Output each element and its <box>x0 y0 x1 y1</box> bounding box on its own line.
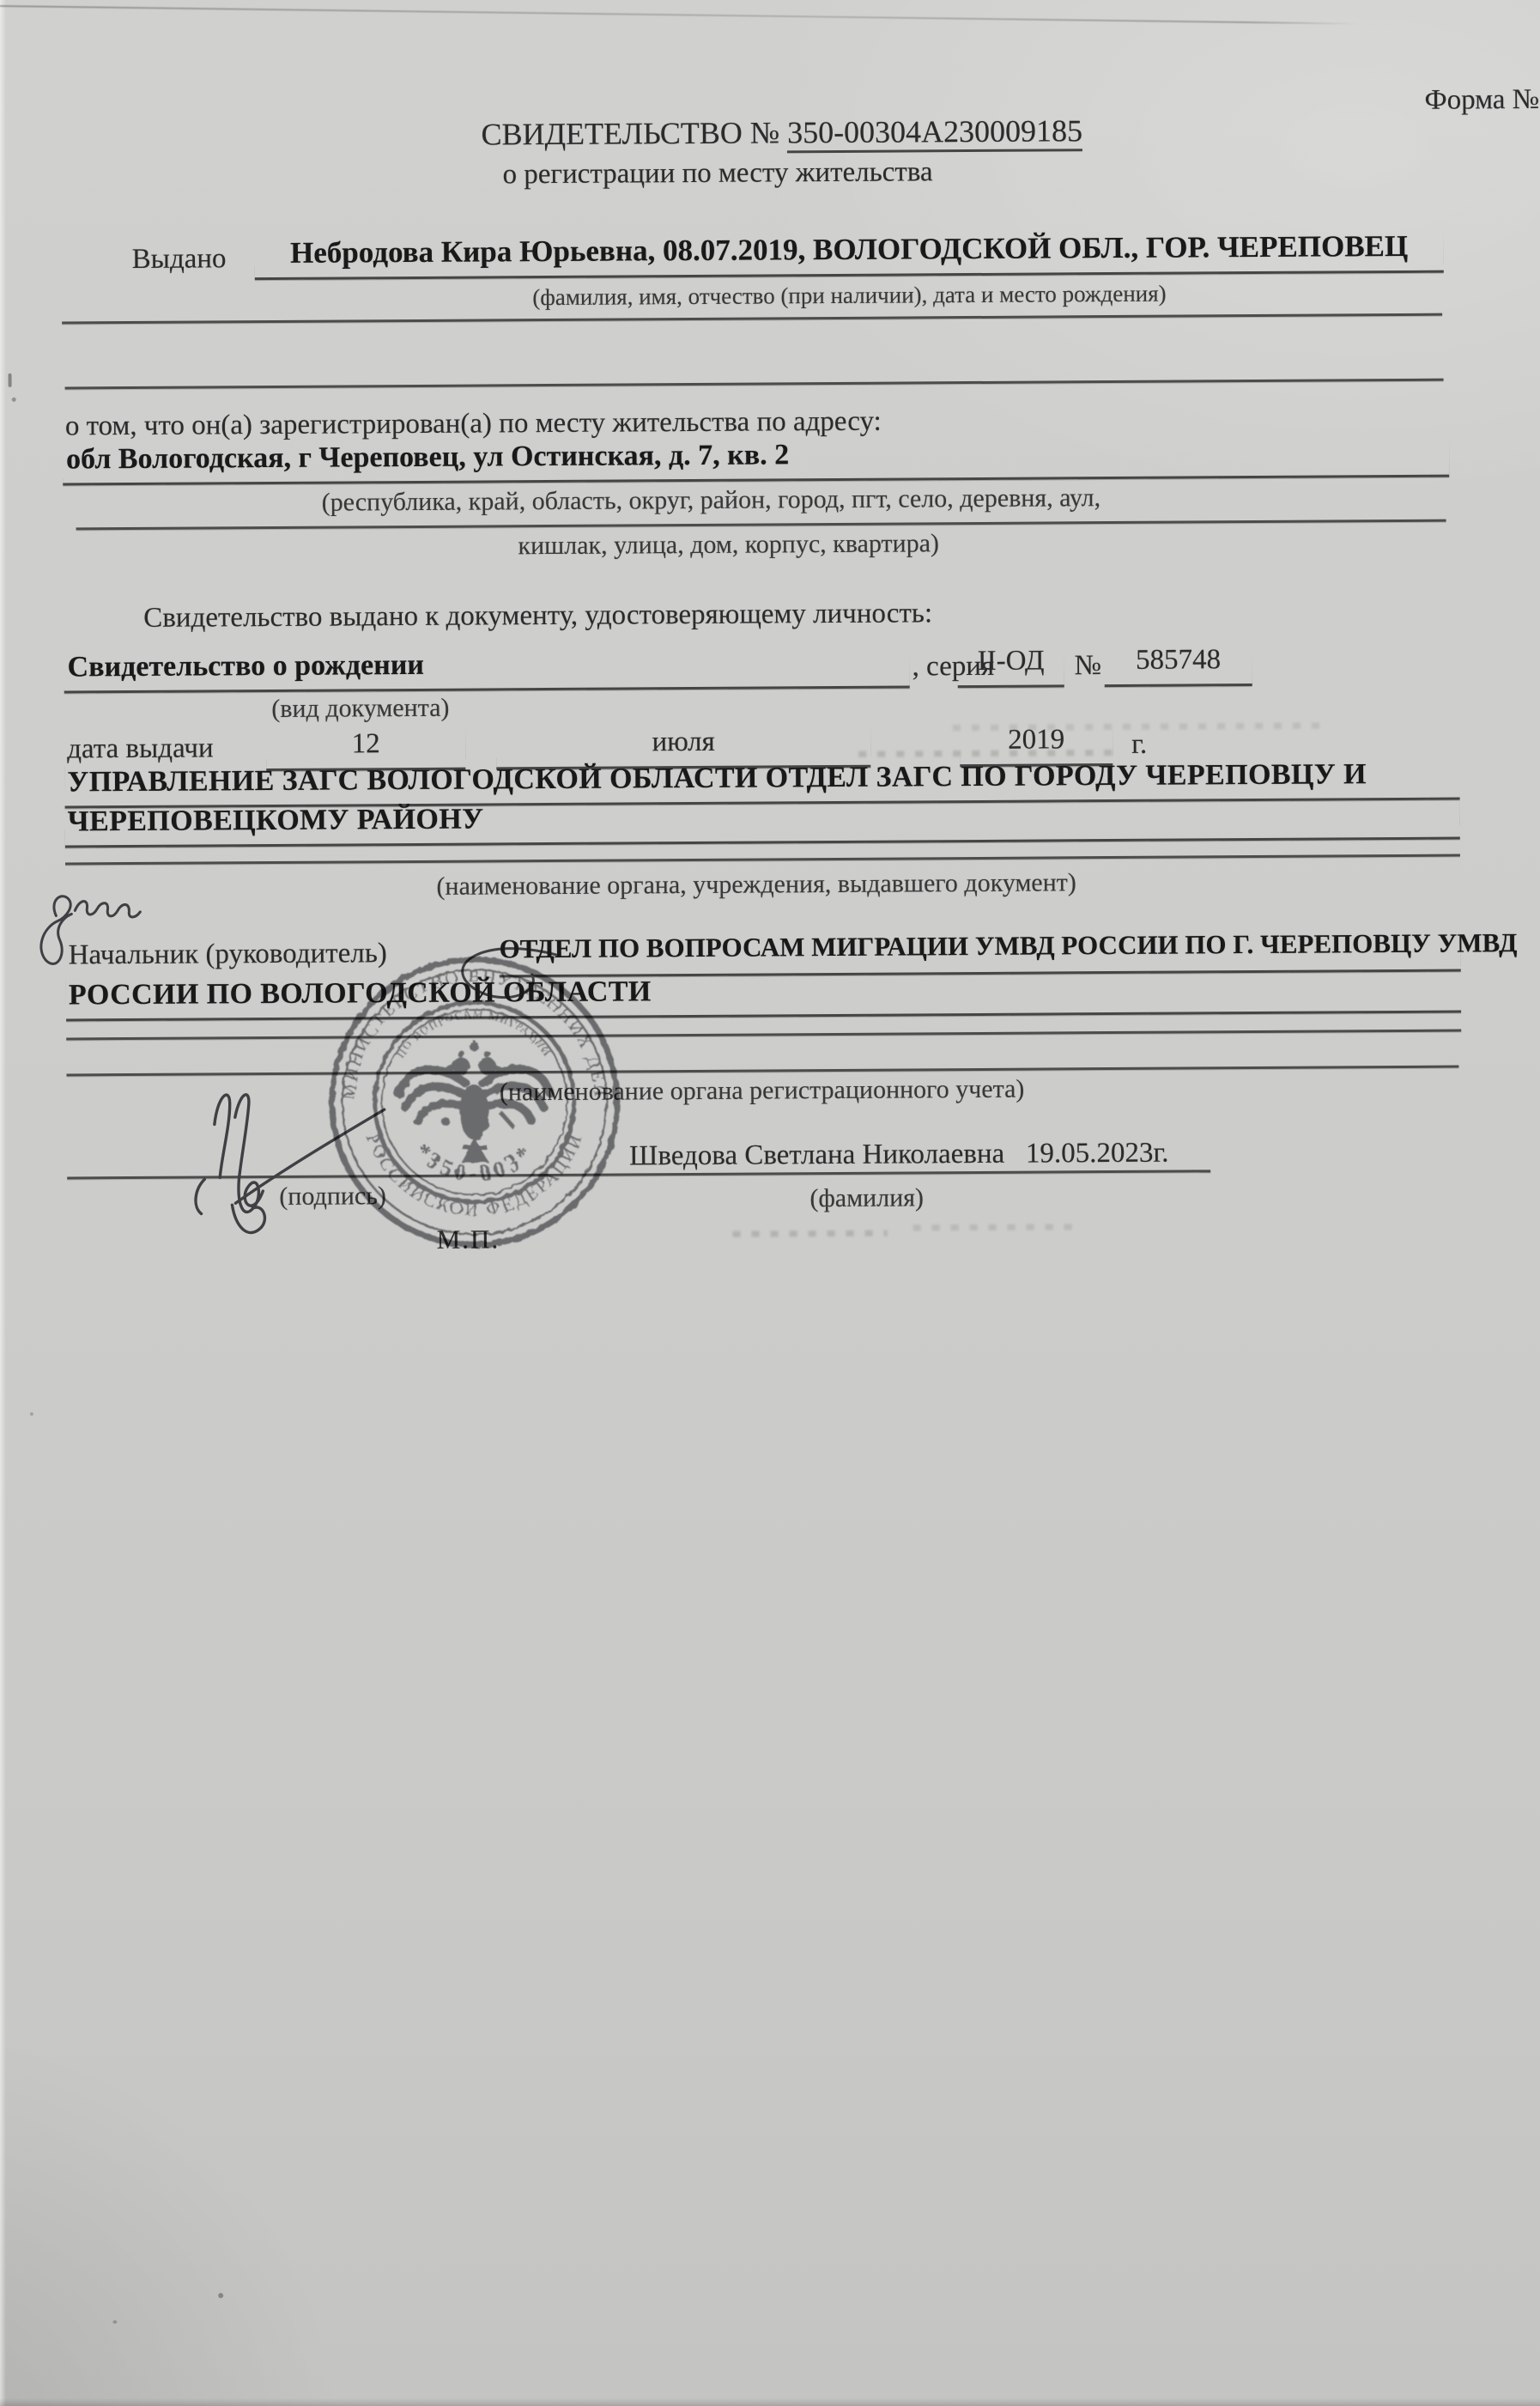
registration-intro: о том, что он(а) зарегистрирован(а) по м… <box>65 406 882 443</box>
scan-speck <box>30 1413 33 1416</box>
identity-doc-intro: Свидетельство выдано к документу, удосто… <box>143 598 932 635</box>
scan-speck <box>9 374 12 387</box>
pencil-smudge-artifact <box>913 1224 1076 1230</box>
issuing-org-line2: ЧЕРЕПОВЕЦКОМУ РАЙОНУ <box>65 803 484 837</box>
issue-day-value: 12 <box>352 728 380 759</box>
document-page: Форма № СВИДЕТЕЛЬСТВО № 350-00304А230009… <box>0 0 1540 2406</box>
issue-month-value: июля <box>652 726 714 757</box>
document-content: Форма № СВИДЕТЕЛЬСТВО № 350-00304А230009… <box>0 0 1540 2406</box>
doc-number-field: 585748 <box>1104 644 1252 687</box>
scan-speck <box>112 2320 117 2324</box>
official-round-stamp: МИНИСТЕРСТВО ВНУТРЕННИХ ДЕЛ РОССИЙСКОЙ Ф… <box>321 948 628 1255</box>
address-caption-1: (республика, край, область, округ, район… <box>63 482 1359 519</box>
issuing-org-caption: (наименование органа, учреждения, выдавш… <box>361 868 1151 902</box>
doc-type-caption: (вид документа) <box>189 693 532 724</box>
pencil-smudge-artifact <box>733 1230 888 1237</box>
authority-org-field-1: ОТДЕЛ ПО ВОПРОСАМ МИГРАЦИИ УМВД РОССИИ П… <box>500 928 1461 978</box>
official-name: Шведова Светлана Николаевна 19.05.2023г. <box>629 1138 1169 1173</box>
authority-org-line1: ОТДЕЛ ПО ВОПРОСАМ МИГРАЦИИ УМВД РОССИИ П… <box>500 927 1518 963</box>
address-value: обл Вологодская, г Череповец, ул Остинск… <box>63 439 789 475</box>
doc-type-field: Свидетельство о рождении <box>64 646 909 693</box>
scan-speck <box>218 2293 223 2298</box>
blank-rule-4 <box>65 854 1460 866</box>
issue-date-label: дата выдачи <box>67 732 214 765</box>
doc-number-label: № <box>1074 650 1101 682</box>
certificate-number: 350-00304А230009185 <box>787 113 1082 153</box>
issuing-org-line1: УПРАВЛЕНИЕ ЗАГС ВОЛОГОДСКОЙ ОБЛАСТИ ОТДЕ… <box>64 758 1367 798</box>
certificate-title: СВИДЕТЕЛЬСТВО № 350-00304А230009185 <box>0 110 1540 155</box>
series-field: II-ОД <box>957 645 1064 688</box>
issued-field: Небродова Кира Юрьевна, 08.07.2019, ВОЛО… <box>255 229 1444 280</box>
doc-type-value: Свидетельство о рождении <box>64 649 424 684</box>
stamp-inner-top-text: ПО ВОПРОСАМ МИГРАЦИИ <box>393 1007 555 1060</box>
doc-number-value: 585748 <box>1136 644 1221 676</box>
name-caption: (фамилия) <box>809 1183 924 1213</box>
series-value: II-ОД <box>978 645 1045 676</box>
authority-org-field-2: РОССИИ ПО ВОЛОГОДСКОЙ ОБЛАСТИ <box>66 971 1461 1022</box>
issuing-org-field-2: ЧЕРЕПОВЕЦКОМУ РАЙОНУ <box>65 798 1460 848</box>
issued-label: Выдано <box>132 243 227 276</box>
blank-rule-2 <box>65 379 1444 390</box>
year-suffix: г. <box>1131 729 1147 761</box>
certificate-subtitle: о регистрации по месту жительства <box>0 154 1439 194</box>
blank-rule-1 <box>62 313 1442 325</box>
blank-rule-5 <box>66 1030 1461 1041</box>
address-field: обл Вологодская, г Череповец, ул Остинск… <box>63 435 1449 486</box>
issued-caption: (фамилия, имя, отчество (при наличии), д… <box>255 279 1444 313</box>
ink-bleed-artifact <box>953 723 1322 732</box>
certificate-title-prefix: СВИДЕТЕЛЬСТВО № <box>481 115 787 151</box>
scan-speck <box>12 398 16 402</box>
issued-value: Небродова Кира Юрьевна, 08.07.2019, ВОЛО… <box>290 229 1408 270</box>
svg-text:ПО ВОПРОСАМ МИГРАЦИИ: ПО ВОПРОСАМ МИГРАЦИИ <box>393 1007 555 1060</box>
address-caption-2: кишлак, улица, дом, корпус, квартира) <box>64 526 1394 563</box>
